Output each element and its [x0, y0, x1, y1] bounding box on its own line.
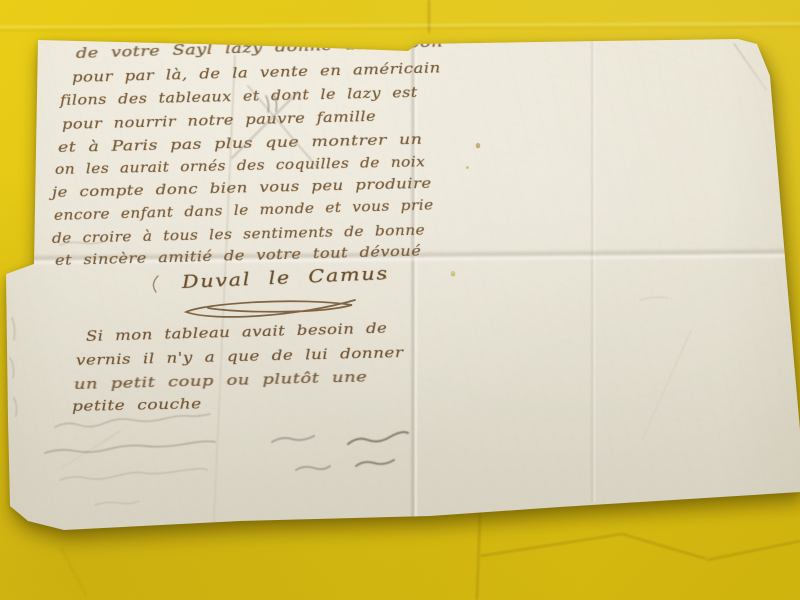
postscript-line: petite couche: [72, 396, 202, 415]
letter-paper: de votre Sayl lazy donne assez bon pour …: [0, 0, 800, 600]
photo-background: de votre Sayl lazy donne assez bon pour …: [0, 0, 800, 600]
paper-speck: [466, 166, 469, 169]
paper-speck: [476, 143, 480, 147]
paper-speck: [451, 271, 455, 275]
center-fold-crease: [410, 40, 418, 518]
letter-paper-shadow: de votre Sayl lazy donne assez bon pour …: [0, 0, 800, 600]
right-page-fold-crease: [590, 40, 596, 502]
